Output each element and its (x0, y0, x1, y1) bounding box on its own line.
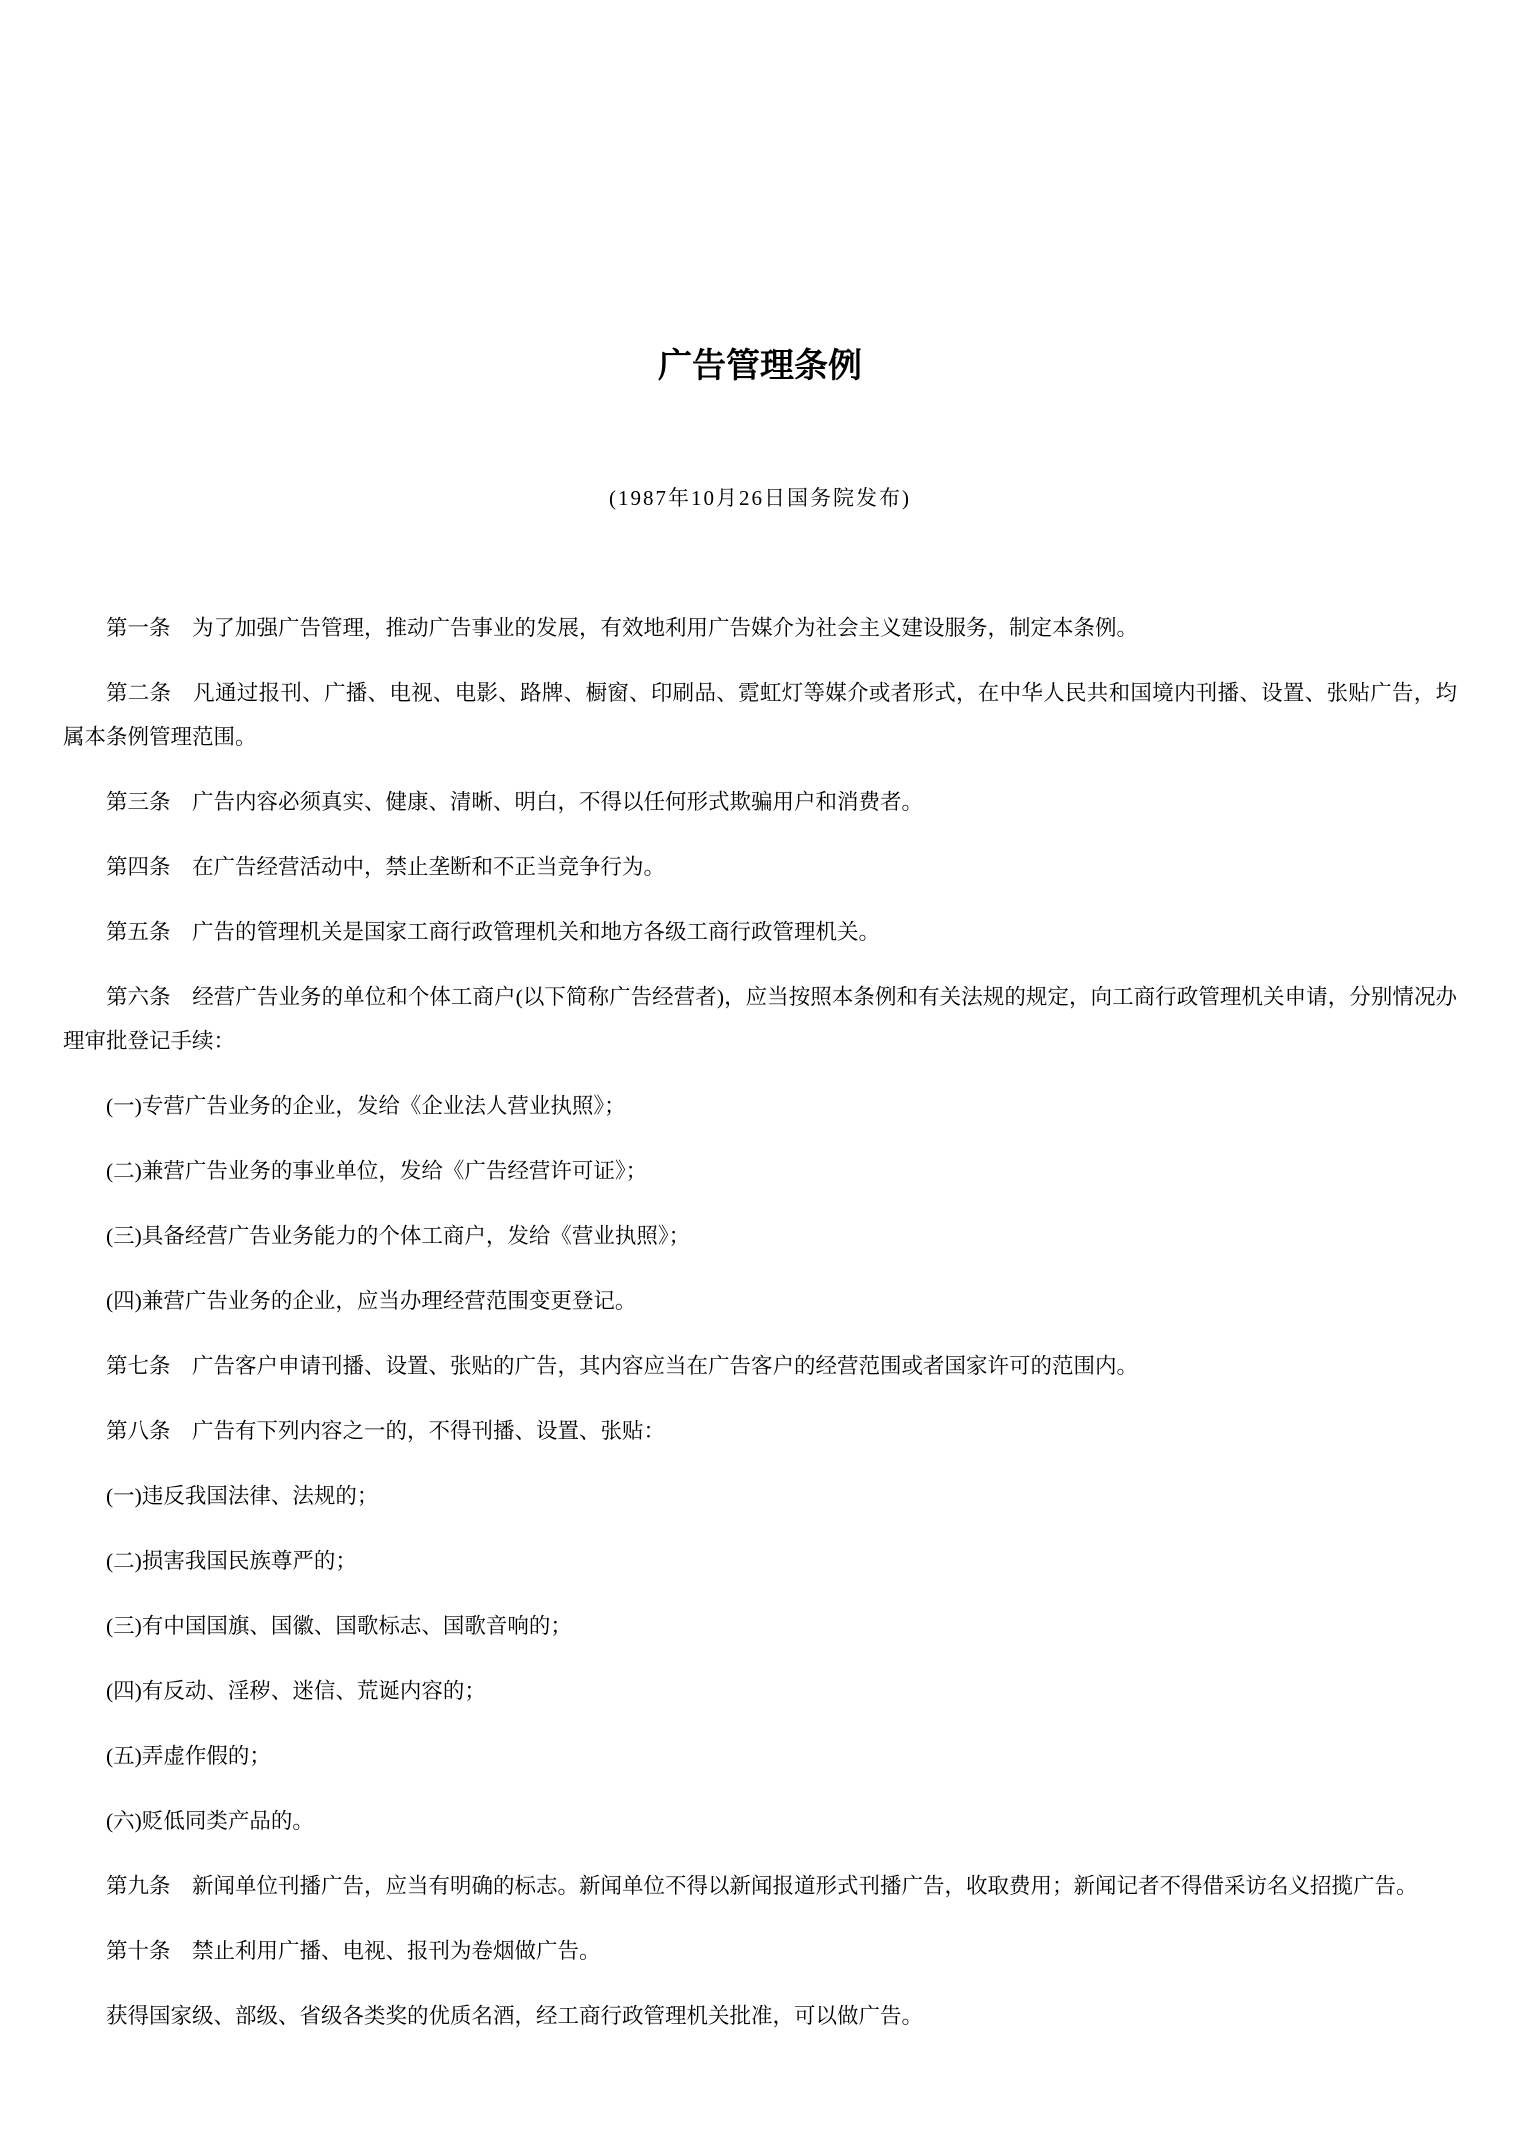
paragraph: (三)具备经营广告业务能力的个体工商户，发给《营业执照》； (63, 1214, 1457, 1258)
paragraph: (四)有反动、淫秽、迷信、荒诞内容的； (63, 1669, 1457, 1713)
document-subtitle: (1987年10月26日国务院发布) (63, 476, 1457, 520)
paragraph: (五)弄虚作假的； (63, 1734, 1457, 1778)
paragraph: 第八条 广告有下列内容之一的，不得刊播、设置、张贴： (63, 1409, 1457, 1453)
paragraph: (二)兼营广告业务的事业单位，发给《广告经营许可证》； (63, 1149, 1457, 1193)
paragraph: 第六条 经营广告业务的单位和个体工商户(以下简称广告经营者)，应当按照本条例和有… (63, 975, 1457, 1063)
paragraph: 第一条 为了加强广告管理，推动广告事业的发展，有效地利用广告媒介为社会主义建设服… (63, 606, 1457, 650)
paragraph: (六)贬低同类产品的。 (63, 1799, 1457, 1843)
paragraph: 第十条 禁止利用广播、电视、报刊为卷烟做广告。 (63, 1929, 1457, 1973)
paragraph: 第二条 凡通过报刊、广播、电视、电影、路牌、橱窗、印刷品、霓虹灯等媒介或者形式，… (63, 671, 1457, 759)
paragraph: 获得国家级、部级、省级各类奖的优质名酒，经工商行政管理机关批准，可以做广告。 (63, 1994, 1457, 2038)
document-page: 广告管理条例 (1987年10月26日国务院发布) 第一条 为了加强广告管理，推… (0, 0, 1520, 2150)
paragraph: 第四条 在广告经营活动中，禁止垄断和不正当竞争行为。 (63, 845, 1457, 889)
document-title: 广告管理条例 (63, 342, 1457, 390)
paragraph: (三)有中国国旗、国徽、国歌标志、国歌音响的； (63, 1604, 1457, 1648)
paragraph: 第三条 广告内容必须真实、健康、清晰、明白，不得以任何形式欺骗用户和消费者。 (63, 780, 1457, 824)
paragraph: (四)兼营广告业务的企业，应当办理经营范围变更登记。 (63, 1279, 1457, 1323)
document-body: 第一条 为了加强广告管理，推动广告事业的发展，有效地利用广告媒介为社会主义建设服… (63, 606, 1457, 2038)
paragraph: 第九条 新闻单位刊播广告，应当有明确的标志。新闻单位不得以新闻报道形式刊播广告，… (63, 1864, 1457, 1908)
paragraph: 第五条 广告的管理机关是国家工商行政管理机关和地方各级工商行政管理机关。 (63, 910, 1457, 954)
paragraph: (一)违反我国法律、法规的； (63, 1474, 1457, 1518)
paragraph: (二)损害我国民族尊严的； (63, 1539, 1457, 1583)
paragraph: 第七条 广告客户申请刊播、设置、张贴的广告，其内容应当在广告客户的经营范围或者国… (63, 1344, 1457, 1388)
paragraph: (一)专营广告业务的企业，发给《企业法人营业执照》； (63, 1084, 1457, 1128)
